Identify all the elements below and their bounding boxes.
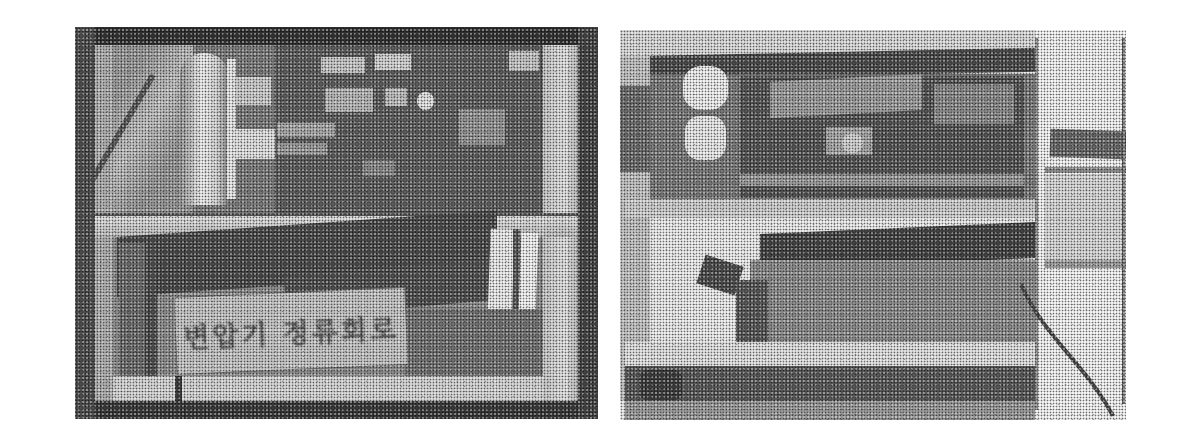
- white-insulator-upper: [683, 66, 728, 110]
- middle-shelf: [625, 199, 1035, 218]
- power-cable: [1015, 280, 1126, 420]
- equipment-side-panel: [934, 84, 1014, 124]
- shelf-front-edge: [740, 174, 1024, 186]
- meter-dial: [842, 133, 863, 153]
- small-box-upper: [235, 77, 271, 105]
- corner-shadow: [640, 370, 682, 400]
- frame-right: [578, 27, 598, 419]
- equipment-module: [375, 54, 411, 70]
- frame-top: [75, 27, 598, 45]
- post-shadow-edge: [145, 243, 157, 377]
- wall-line: [1045, 167, 1126, 173]
- frame-bottom: [75, 401, 598, 419]
- lower-box-shadow: [736, 280, 768, 342]
- cylindrical-component: [180, 53, 228, 205]
- equipment-panel: [459, 109, 505, 145]
- equipment-module: [385, 88, 407, 106]
- floor-notch: [175, 376, 182, 401]
- meter-dial: [417, 92, 434, 110]
- scanned-figure-page: 변압기 정류회로: [0, 0, 1184, 437]
- white-insulator-lower: [685, 116, 726, 160]
- lower-right-equipment: [405, 309, 543, 377]
- label-plate: 변압기 정류회로: [173, 287, 408, 375]
- left-photo-cabinet-front: 변압기 정류회로: [75, 27, 598, 419]
- lower-box-front: [750, 260, 1035, 342]
- equipment-strip: [277, 123, 335, 137]
- floor-dark-band: [625, 366, 1035, 401]
- bottom-gray-band: [625, 401, 1035, 420]
- wall-line: [1045, 260, 1126, 268]
- white-panel: [519, 233, 539, 314]
- equipment-module: [321, 57, 365, 73]
- wall-dark-band: [1050, 129, 1126, 160]
- equipment-module: [509, 51, 539, 71]
- equipment-strip: [277, 143, 327, 155]
- equipment-module: [325, 88, 373, 112]
- floor-light-strip: [625, 342, 1035, 366]
- label-plate-text: 변압기 정류회로: [182, 307, 399, 355]
- small-box-lower: [235, 129, 277, 159]
- frame-left: [75, 27, 95, 419]
- equipment-part: [363, 160, 395, 176]
- right-photo-rack-side: [620, 30, 1126, 420]
- wall-gray-panel: [1045, 174, 1126, 260]
